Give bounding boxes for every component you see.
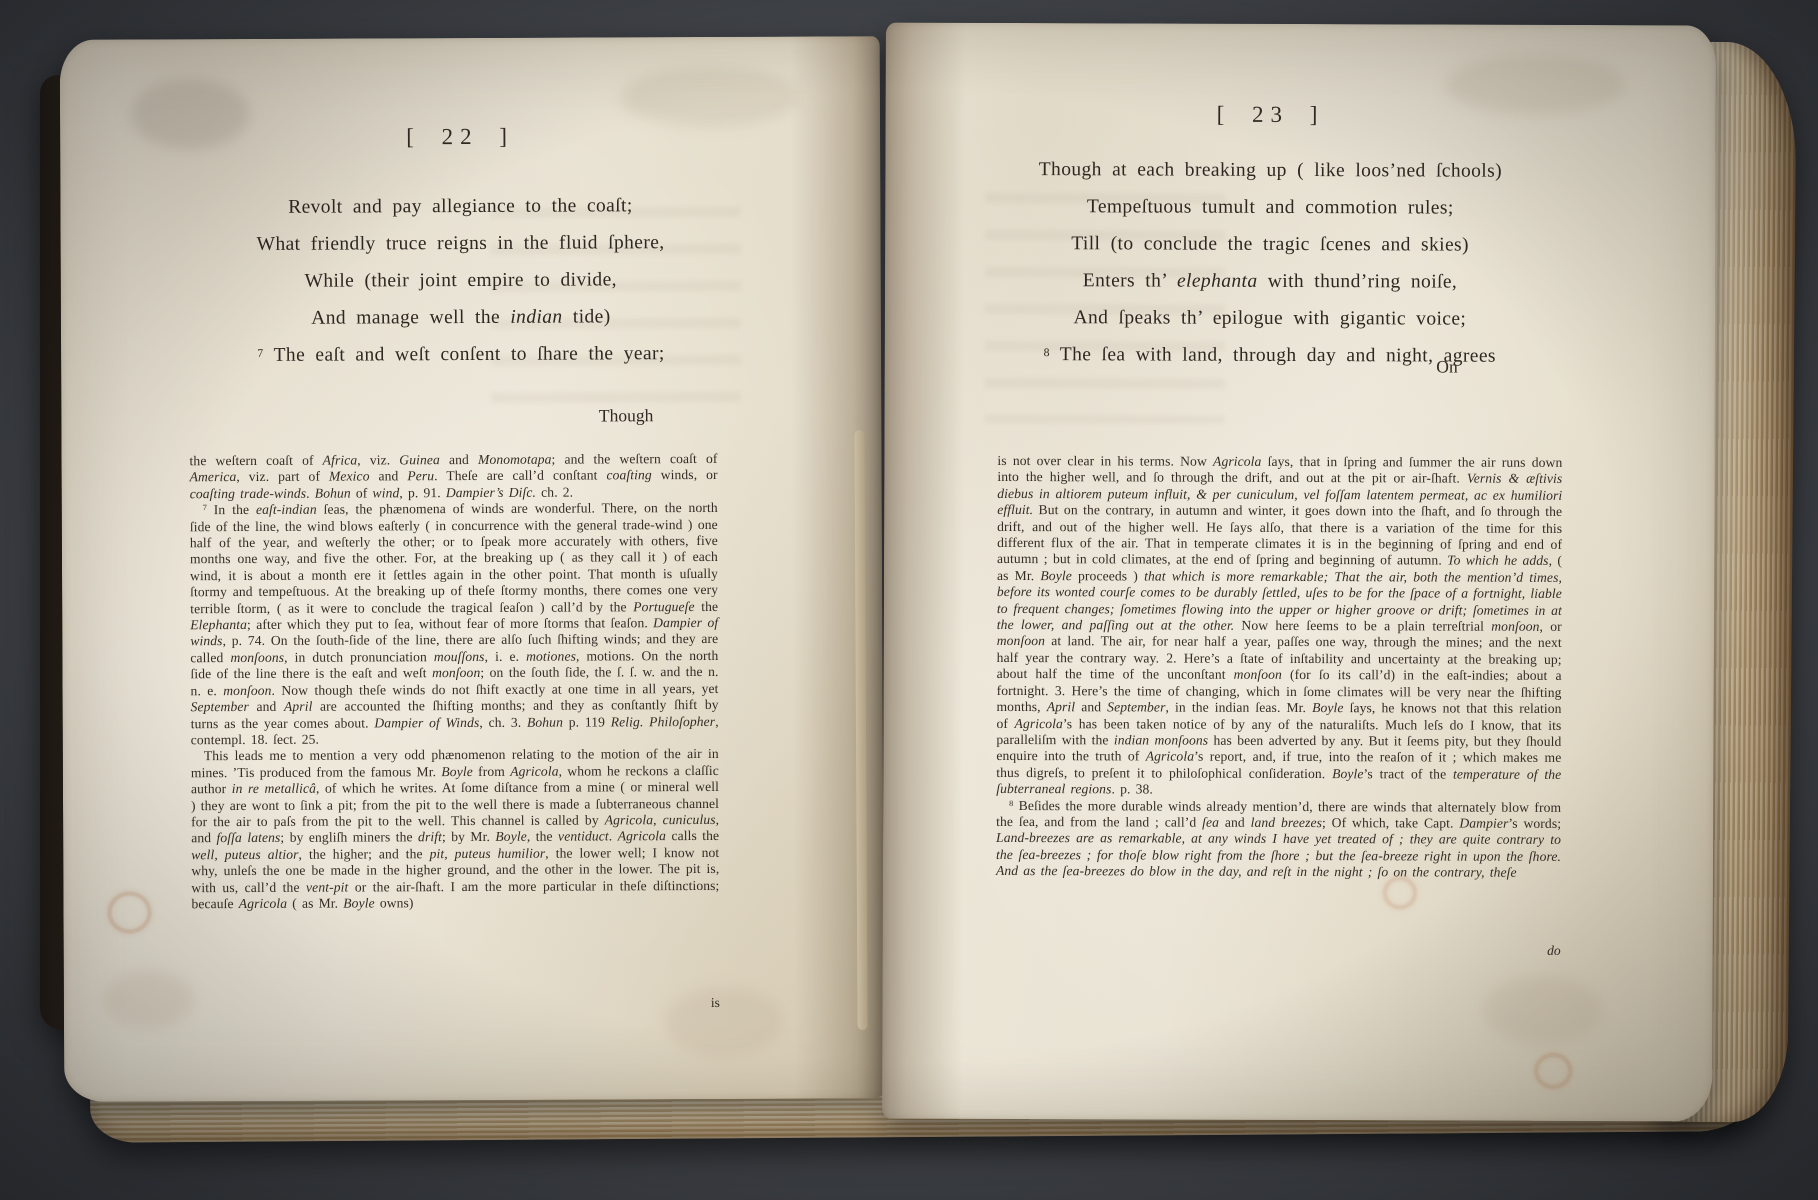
- right-poem-catchword: On: [960, 355, 1580, 378]
- footnote-paragraph: This leads me to mention a very odd phæn…: [191, 746, 720, 912]
- poem-line: Till (to conclude the tragic ſcenes and …: [960, 225, 1580, 264]
- right-page-number: [ 23 ]: [981, 101, 1561, 129]
- left-page-number: [ 22 ]: [180, 123, 740, 151]
- poem-line: And manage well the indian tide): [161, 298, 761, 338]
- left-page: [ 22 ] Revolt and pay allegiance to the …: [60, 36, 885, 1102]
- poem-line: 7 The eaſt and weſt conſent to ſhare the…: [161, 335, 761, 375]
- footnote-paragraph: 8 Beſides the more durable winds already…: [996, 797, 1561, 881]
- left-poem: Revolt and pay allegiance to the coaſt;W…: [160, 187, 761, 375]
- poem-line: Enters th’ elephanta with thund’ring noi…: [960, 262, 1580, 301]
- right-page: [ 23 ] Though at each breaking up ( like…: [882, 23, 1716, 1122]
- footnote-paragraph: is not over clear in his terms. Now Agri…: [996, 453, 1562, 800]
- stain-smudge: [620, 67, 800, 128]
- left-footnotes: the weſtern coaſt of Africa, viz. Guinea…: [189, 451, 719, 913]
- footnote-paragraph: 7 In the eaſt-indian ſeas, the phænomena…: [190, 500, 719, 748]
- stain-smudge: [1482, 975, 1602, 1045]
- ring-stain: [107, 891, 151, 933]
- poem-line: Tempeſtuous tumult and commotion rules;: [960, 188, 1580, 227]
- ring-stain: [1534, 1053, 1572, 1089]
- stain-smudge: [104, 969, 194, 1029]
- poem-line: While (their joint empire to divide,: [161, 261, 761, 301]
- poem-line: Revolt and pay allegiance to the coaſt;: [160, 187, 760, 227]
- ring-stain: [1383, 876, 1417, 909]
- right-poem: Though at each breaking up ( like loos’n…: [960, 151, 1581, 375]
- right-footnotes: is not over clear in his terms. Now Agri…: [996, 453, 1562, 882]
- right-footnote-catchword: do: [996, 941, 1561, 959]
- poem-line: Though at each breaking up ( like loos’n…: [960, 151, 1580, 190]
- left-footnote-catchword: is: [192, 995, 720, 1013]
- left-poem-catchword: Though: [161, 405, 761, 429]
- poem-line: And ſpeaks th’ epilogue with gigantic vo…: [960, 299, 1580, 338]
- poem-line: What friendly truce reigns in the fluid …: [161, 224, 761, 264]
- footnote-paragraph: the weſtern coaſt of Africa, viz. Guinea…: [189, 451, 717, 503]
